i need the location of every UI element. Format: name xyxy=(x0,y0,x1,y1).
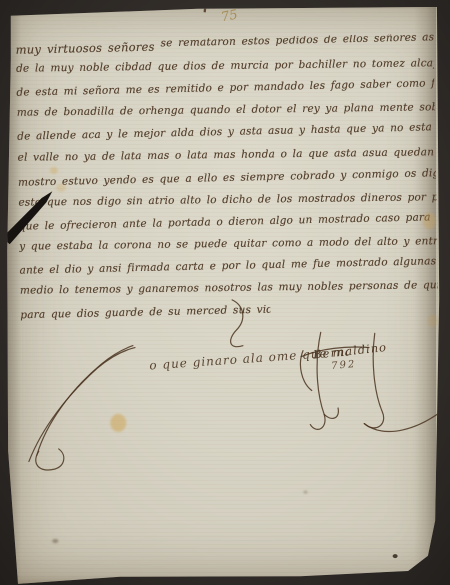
rubric-under-loop xyxy=(364,406,448,432)
signature-rubric-number: 792 xyxy=(331,359,357,372)
top-cross-mark: + xyxy=(192,0,218,19)
rubric-small-loop xyxy=(324,408,338,419)
manuscript-content: + 75 muy virtuosos señores se remataron … xyxy=(0,0,450,585)
paper-stain xyxy=(50,167,58,174)
folio-number: 75 xyxy=(220,7,239,25)
closing-line: para que dios guarde de su merced sus vi… xyxy=(20,304,270,330)
manuscript-paper: + 75 muy virtuosos señores se remataron … xyxy=(0,0,450,585)
manuscript-line: medio lo tenemos y ganaremos nosotros la… xyxy=(20,279,438,304)
photograph-background: + 75 muy virtuosos señores se remataron … xyxy=(0,0,450,585)
paper-stain xyxy=(423,212,436,229)
ink-speck xyxy=(393,554,398,558)
paper-stain xyxy=(427,314,437,327)
opening-line-text: se remataron estos pedidos de ellos seño… xyxy=(160,33,433,49)
ink-speck xyxy=(303,491,307,494)
signature-flourish-hook xyxy=(36,449,64,470)
ink-speck xyxy=(52,539,58,543)
paper-stain xyxy=(110,414,126,432)
salutation-text: muy virtuosos señores xyxy=(16,40,155,57)
signature-diagonal-flourish xyxy=(27,348,137,462)
signature-diagonal-flourish xyxy=(35,346,135,456)
